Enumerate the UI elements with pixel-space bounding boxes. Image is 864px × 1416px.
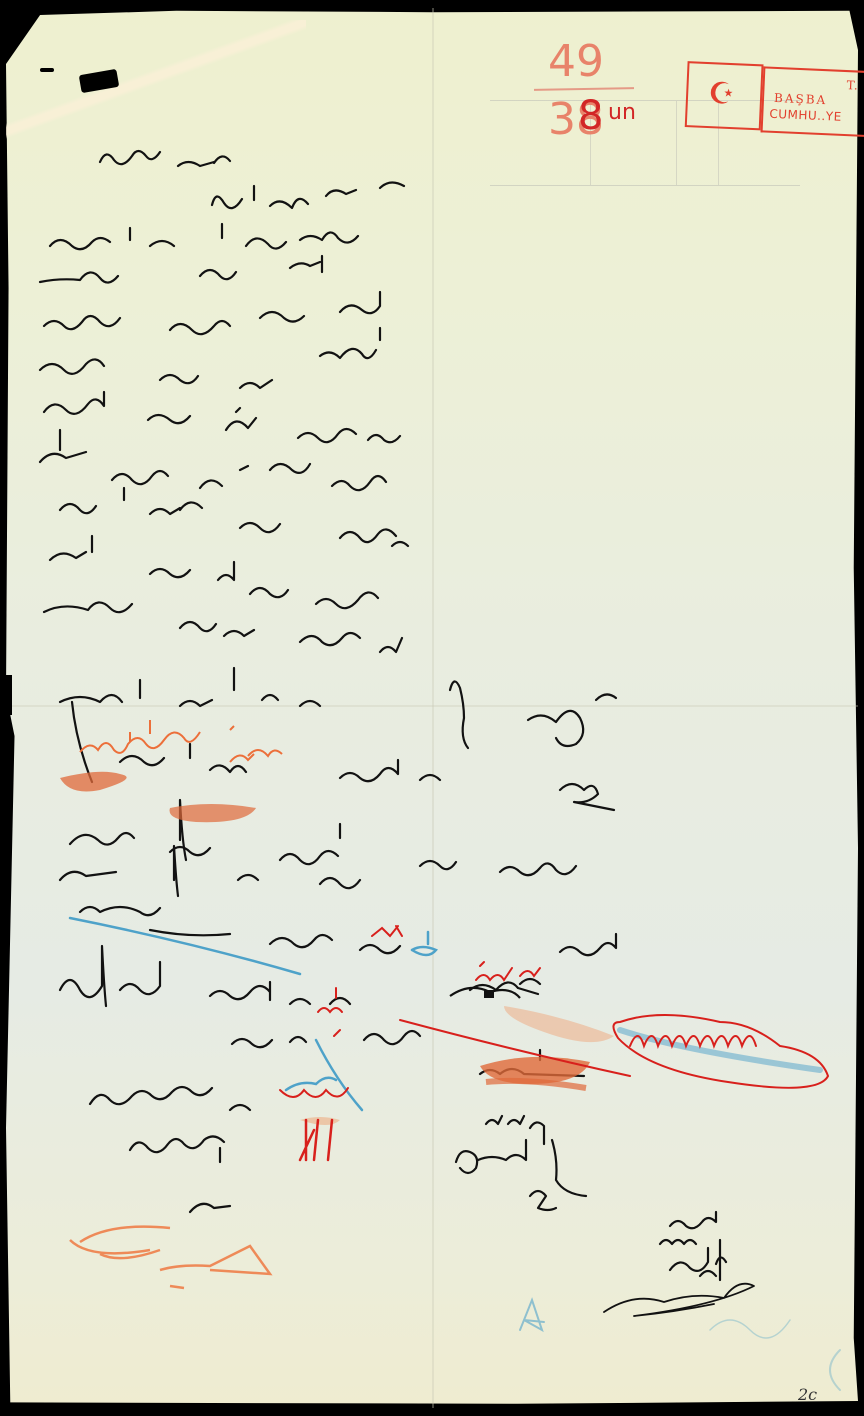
orange-crayon-marks <box>60 772 614 1288</box>
red-pencil-marks <box>280 926 828 1160</box>
body-handwriting <box>40 151 754 1316</box>
handwriting-layer <box>0 0 864 1416</box>
blue-pencil-marks <box>70 918 840 1390</box>
red-marginal-note <box>80 720 282 762</box>
page-mark: 2c <box>798 1385 817 1404</box>
